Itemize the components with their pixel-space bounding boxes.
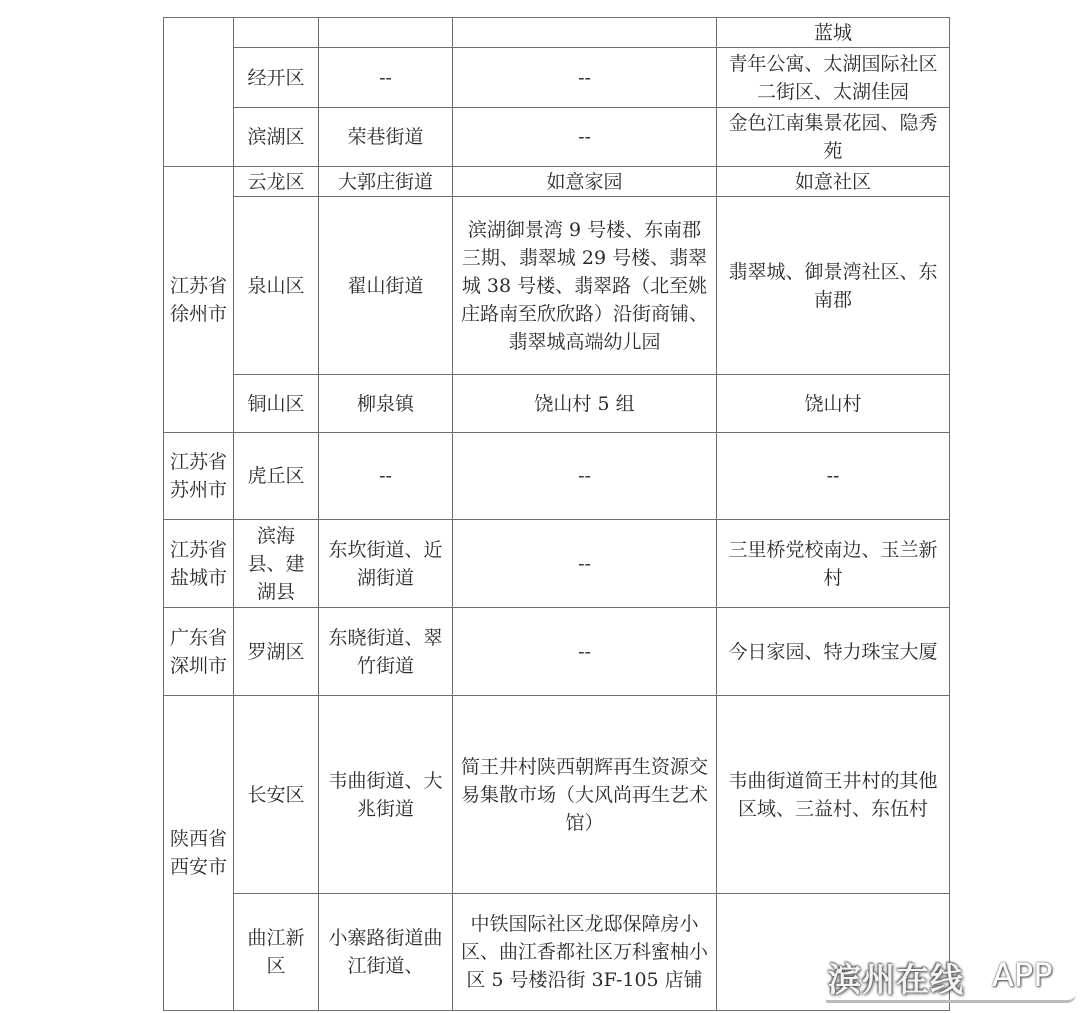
city-cell: 江苏省盐城市 [164,520,234,608]
scope-cell: 饶山村 [717,375,950,433]
street-cell: 柳泉镇 [319,375,453,433]
scope-cell: 今日家园、特力珠宝大厦 [717,608,950,696]
area-cell: 如意家园 [453,167,717,197]
scope-cell: 青年公寓、太湖国际社区二街区、太湖佳园 [717,48,950,108]
city-cell: 陕西省西安市 [164,696,234,1011]
street-cell: 小寨路街道曲江街道、 [319,894,453,1011]
street-cell: 韦曲街道、大兆街道 [319,696,453,894]
table-row: 泉山区 翟山街道 滨湖御景湾 9 号楼、东南郡三期、翡翠城 29 号楼、翡翠城 … [164,197,950,375]
street-cell: -- [319,433,453,520]
city-cell: 江苏省苏州市 [164,433,234,520]
scope-cell: -- [717,433,950,520]
table-row: 经开区 -- -- 青年公寓、太湖国际社区二街区、太湖佳园 [164,48,950,108]
city-cell: 广东省深圳市 [164,608,234,696]
area-cell: -- [453,108,717,167]
scope-cell: 蓝城 [717,18,950,48]
district-cell: 滨湖区 [234,108,319,167]
area-cell: 滨湖御景湾 9 号楼、东南郡三期、翡翠城 29 号楼、翡翠城 38 号楼、翡翠路… [453,197,717,375]
table-row: 广东省深圳市 罗湖区 东晓街道、翠竹街道 -- 今日家园、特力珠宝大厦 [164,608,950,696]
city-cell: 江苏省徐州市 [164,167,234,433]
table-row: 江苏省徐州市 云龙区 大郭庄街道 如意家园 如意社区 [164,167,950,197]
scope-cell: 三里桥党校南边、玉兰新村 [717,520,950,608]
area-cell: -- [453,433,717,520]
table-row: 蓝城 [164,18,950,48]
street-cell: -- [319,48,453,108]
area-cell: 简王井村陕西朝辉再生资源交易集散市场（大风尚再生艺术馆） [453,696,717,894]
street-cell: 荣巷街道 [319,108,453,167]
risk-area-table: 蓝城 经开区 -- -- 青年公寓、太湖国际社区二街区、太湖佳园 滨湖区 荣巷街… [163,17,950,1011]
area-cell [453,18,717,48]
district-cell [234,18,319,48]
district-cell: 曲江新区 [234,894,319,1011]
table-row: 江苏省苏州市 虎丘区 -- -- -- [164,433,950,520]
city-cell [164,18,234,167]
street-cell: 东坎街道、近湖街道 [319,520,453,608]
district-cell: 泉山区 [234,197,319,375]
area-cell: -- [453,48,717,108]
table-row: 陕西省西安市 长安区 韦曲街道、大兆街道 简王井村陕西朝辉再生资源交易集散市场（… [164,696,950,894]
area-cell: 中铁国际社区龙邸保障房小区、曲江香都社区万科蜜柚小区 5 号楼沿街 3F-105… [453,894,717,1011]
street-cell [319,18,453,48]
area-cell: 饶山村 5 组 [453,375,717,433]
table-row: 滨湖区 荣巷街道 -- 金色江南集景花园、隐秀苑 [164,108,950,167]
watermark-swoosh-icon [826,994,1076,1003]
area-cell: -- [453,520,717,608]
street-cell: 大郭庄街道 [319,167,453,197]
street-cell: 翟山街道 [319,197,453,375]
district-cell: 铜山区 [234,375,319,433]
watermark-logo: 滨州在线 APP [826,950,1080,1005]
scope-cell: 金色江南集景花园、隐秀苑 [717,108,950,167]
district-cell: 经开区 [234,48,319,108]
scope-cell: 韦曲街道简王井村的其他区域、三益村、东伍村 [717,696,950,894]
table-row: 江苏省盐城市 滨海县、建湖县 东坎街道、近湖街道 -- 三里桥党校南边、玉兰新村 [164,520,950,608]
district-cell: 罗湖区 [234,608,319,696]
district-cell: 滨海县、建湖县 [234,520,319,608]
watermark-app-label: APP [992,956,1052,994]
district-cell: 长安区 [234,696,319,894]
scope-cell: 如意社区 [717,167,950,197]
district-cell: 虎丘区 [234,433,319,520]
area-cell: -- [453,608,717,696]
table-row: 铜山区 柳泉镇 饶山村 5 组 饶山村 [164,375,950,433]
district-cell: 云龙区 [234,167,319,197]
scope-cell: 翡翠城、御景湾社区、东南郡 [717,197,950,375]
street-cell: 东晓街道、翠竹街道 [319,608,453,696]
